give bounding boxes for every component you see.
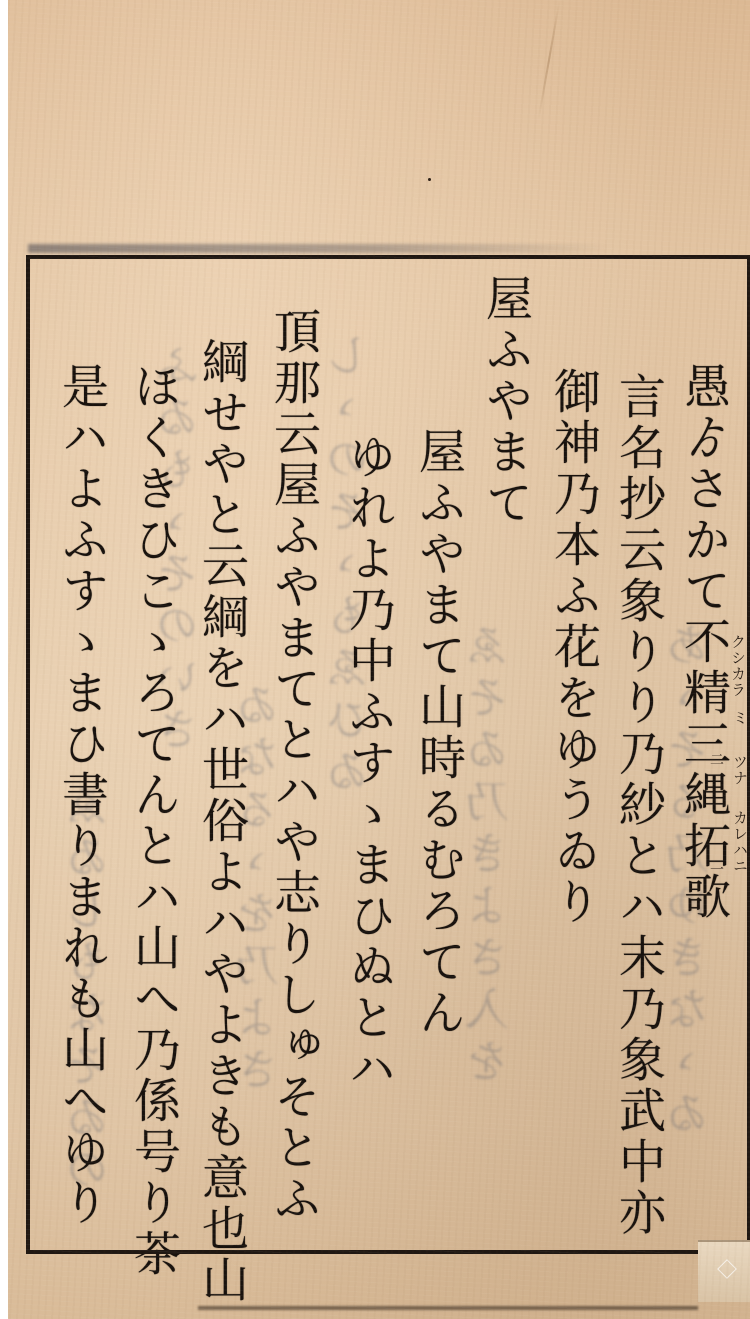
ink-speck	[428, 178, 431, 181]
paper-crease	[538, 1, 561, 120]
page-bottom-edge	[198, 1306, 698, 1310]
frame-top-shadow	[28, 244, 608, 253]
folded-corner	[698, 1240, 750, 1302]
printed-border-frame	[26, 255, 750, 1254]
book-page: あゝそる乃ゆきなゝゐ ゑそゐ乃きよさ入を しゝのそゝもゑひゐ ゐなるゝを乃よさ …	[8, 0, 750, 1319]
